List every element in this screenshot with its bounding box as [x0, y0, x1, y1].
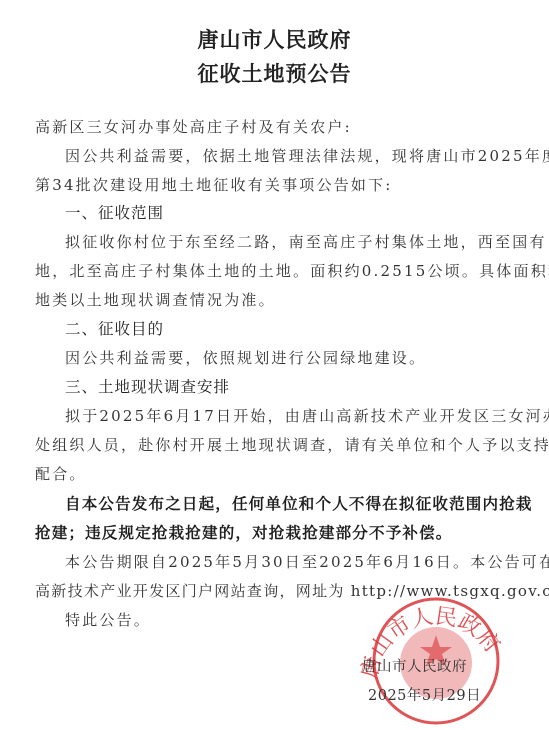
issuer-title: 唐山市人民政府	[0, 24, 549, 54]
paragraph-line: 配合。	[35, 464, 525, 484]
document-title: 征收土地预公告	[0, 58, 549, 88]
issue-date: 2025年5月29日	[368, 684, 481, 705]
warning-line: 抢建；违反规定抢栽抢建的，对抢栽抢建部分不予补偿。	[35, 523, 525, 543]
section-heading-survey: 三、土地现状调查安排	[65, 377, 549, 397]
intro-line: 第34批次建设用地土地征收有关事项公告如下:	[35, 175, 525, 195]
paragraph-line: 地，北至高庄子村集体土地的土地。面积约0.2515公顷。具体面积和	[35, 261, 525, 281]
section-heading-purpose: 二、征收目的	[65, 319, 549, 339]
paragraph-line: 地类以土地现状调查情况为准。	[35, 290, 525, 310]
addressee: 高新区三女河办事处高庄子村及有关农户:	[35, 117, 525, 137]
section-heading-scope: 一、征收范围	[65, 203, 549, 223]
warning-line: 自本公告发布之日起，任何单位和个人不得在拟征收范围内抢栽	[65, 494, 549, 514]
paragraph-line: 拟征收你村位于东至经二路，南至高庄子村集体土地，西至国有	[65, 232, 549, 252]
paragraph-line: 拟于2025年6月17日开始，由唐山高新技术产业开发区三女河办事	[65, 406, 549, 426]
paragraph-line: 因公共利益需要，依照规划进行公园绿地建设。	[65, 348, 549, 368]
paragraph-line: 处组织人员，赴你村开展土地现状调查，请有关单位和个人予以支持	[35, 435, 525, 455]
intro-line: 因公共利益需要，依据土地管理法律法规，现将唐山市2025年度	[65, 146, 549, 166]
period-line: 本公告期限自2025年5月30日至2025年6月16日。本公告可在唐山	[65, 552, 549, 572]
issuer-signature: 唐山市人民政府	[362, 655, 467, 676]
